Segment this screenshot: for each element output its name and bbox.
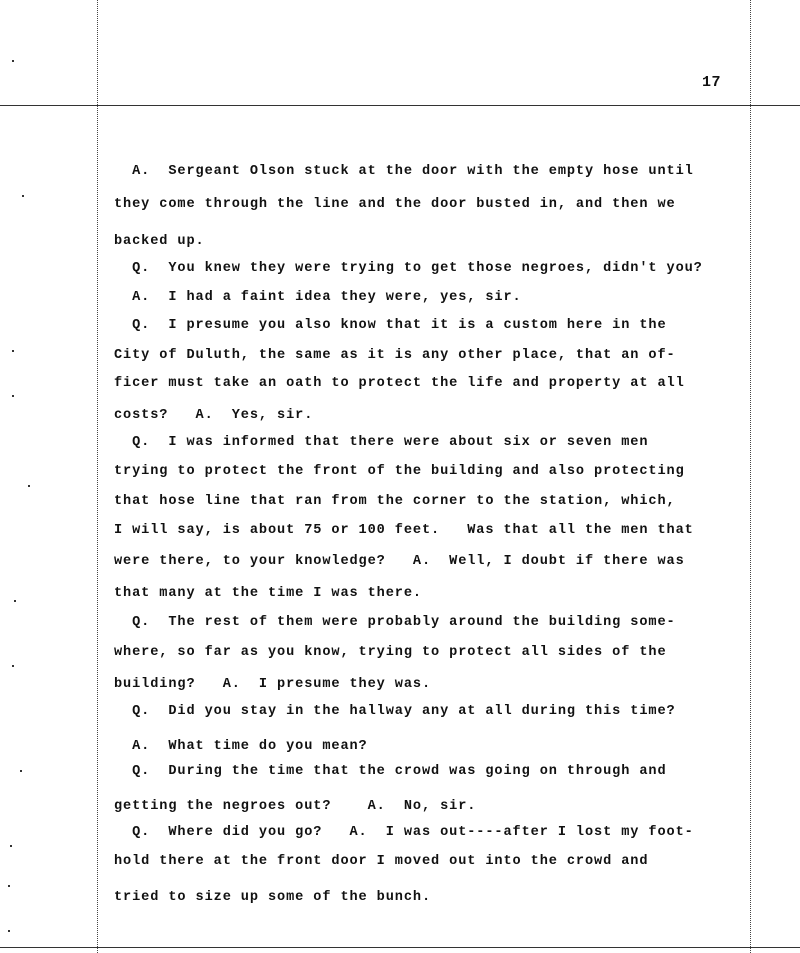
footer-rule <box>0 947 800 948</box>
transcript-line: were there, to your knowledge? A. Well, … <box>114 554 685 570</box>
scan-artifact <box>10 845 12 847</box>
scan-artifact <box>12 665 14 667</box>
transcript-line: that many at the time I was there. <box>114 586 422 602</box>
transcript-line: A. Sergeant Olson stuck at the door with… <box>114 164 694 180</box>
transcript-line: A. I had a faint idea they were, yes, si… <box>114 290 522 306</box>
transcript-line: Q. Where did you go? A. I was out----aft… <box>114 825 694 841</box>
transcript-line: I will say, is about 75 or 100 feet. Was… <box>114 523 694 539</box>
transcript-line: backed up. <box>114 234 205 250</box>
scan-artifact <box>22 195 24 197</box>
scan-artifact <box>8 885 10 887</box>
transcript-line: building? A. I presume they was. <box>114 677 431 693</box>
transcript-line: Q. I presume you also know that it is a … <box>114 318 667 334</box>
transcript-line: tried to size up some of the bunch. <box>114 890 431 906</box>
transcript-line: they come through the line and the door … <box>114 197 676 213</box>
scan-artifact <box>20 770 22 772</box>
transcript-line: hold there at the front door I moved out… <box>114 854 648 870</box>
scan-artifact <box>12 395 14 397</box>
transcript-line: Q. The rest of them were probably around… <box>114 615 676 631</box>
transcript-line: that hose line that ran from the corner … <box>114 494 676 510</box>
transcript-line: Q. I was informed that there were about … <box>114 435 648 451</box>
transcript-line: A. What time do you mean? <box>114 739 368 755</box>
right-margin-rule <box>750 0 751 953</box>
transcript-line: Q. Did you stay in the hallway any at al… <box>114 704 676 720</box>
transcript-line: Q. During the time that the crowd was go… <box>114 764 667 780</box>
transcript-line: costs? A. Yes, sir. <box>114 408 313 424</box>
transcript-line: Q. You knew they were trying to get thos… <box>114 261 703 277</box>
scan-artifact <box>12 60 14 62</box>
scan-artifact <box>14 600 16 602</box>
transcript-line: City of Duluth, the same as it is any ot… <box>114 348 676 364</box>
transcript-line: where, so far as you know, trying to pro… <box>114 645 667 661</box>
page-number: 17 <box>702 74 721 91</box>
header-rule <box>0 105 800 106</box>
transcript-line: getting the negroes out? A. No, sir. <box>114 799 476 815</box>
scan-artifact <box>28 485 30 487</box>
scan-artifact <box>8 930 10 932</box>
transcript-line: trying to protect the front of the build… <box>114 464 685 480</box>
left-margin-rule <box>97 0 98 953</box>
transcript-line: ficer must take an oath to protect the l… <box>114 376 685 392</box>
scan-artifact <box>12 350 14 352</box>
